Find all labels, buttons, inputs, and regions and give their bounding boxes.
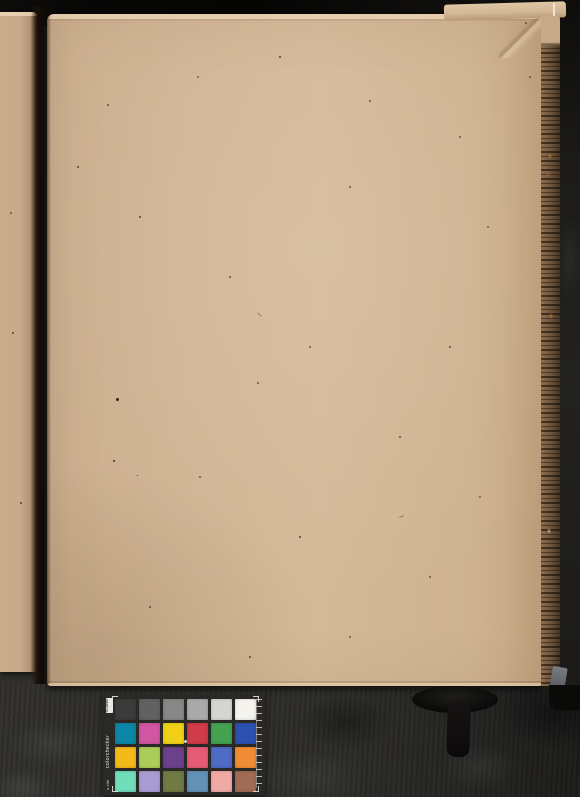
colorchecker-label-column: CLASSIC colorchecker x-rite bbox=[103, 692, 115, 795]
colorchecker-patch bbox=[139, 723, 160, 744]
book-gutter-shadow bbox=[31, 6, 51, 684]
colorchecker-patch bbox=[115, 747, 136, 768]
colorchecker-patch bbox=[187, 699, 208, 720]
book-digitization-photo: CLASSIC colorchecker x-rite bbox=[0, 0, 580, 797]
colorchecker-patch bbox=[139, 747, 160, 768]
colorchecker-patch bbox=[163, 723, 184, 744]
colorchecker-patch bbox=[163, 699, 184, 720]
colorchecker-corner-mark bbox=[253, 696, 259, 702]
colorchecker-card: CLASSIC colorchecker x-rite bbox=[103, 692, 265, 795]
colorchecker-corner-mark bbox=[253, 786, 259, 792]
colorchecker-patch bbox=[115, 771, 136, 792]
colorchecker-patch bbox=[163, 747, 184, 768]
scanner-clamp-block bbox=[549, 685, 580, 710]
colorchecker-patch bbox=[235, 699, 256, 720]
colorchecker-patch bbox=[187, 723, 208, 744]
paper-fiber bbox=[399, 515, 404, 518]
colorchecker-corner-mark bbox=[112, 786, 118, 792]
paper-fiber bbox=[257, 313, 261, 317]
colorchecker-patch bbox=[211, 723, 232, 744]
paper-fleck bbox=[116, 398, 119, 401]
colorchecker-patch bbox=[211, 771, 232, 792]
colorchecker-patch bbox=[187, 747, 208, 768]
cradle-knob-stem bbox=[446, 704, 470, 758]
book-fore-edge bbox=[541, 16, 560, 686]
colorchecker-patch bbox=[211, 747, 232, 768]
colorchecker-patch bbox=[235, 723, 256, 744]
paper-speck bbox=[12, 332, 14, 334]
colorchecker-patch bbox=[115, 723, 136, 744]
colorchecker-patch-grid bbox=[115, 699, 256, 792]
colorchecker-patch bbox=[235, 747, 256, 768]
colorchecker-ruler-ticks bbox=[256, 699, 262, 788]
page-edge-glint bbox=[553, 3, 555, 16]
colorchecker-patch bbox=[139, 771, 160, 792]
colorchecker-center-dot bbox=[184, 740, 187, 743]
colorchecker-patch bbox=[211, 699, 232, 720]
colorchecker-patch bbox=[115, 699, 136, 720]
colorchecker-corner-mark bbox=[112, 696, 118, 702]
colorchecker-patch bbox=[163, 771, 184, 792]
page-corner-fold bbox=[499, 14, 543, 58]
colorchecker-patch bbox=[139, 699, 160, 720]
blank-book-page bbox=[47, 14, 543, 686]
colorchecker-patch bbox=[187, 771, 208, 792]
colorchecker-product-label: colorchecker bbox=[105, 716, 114, 768]
